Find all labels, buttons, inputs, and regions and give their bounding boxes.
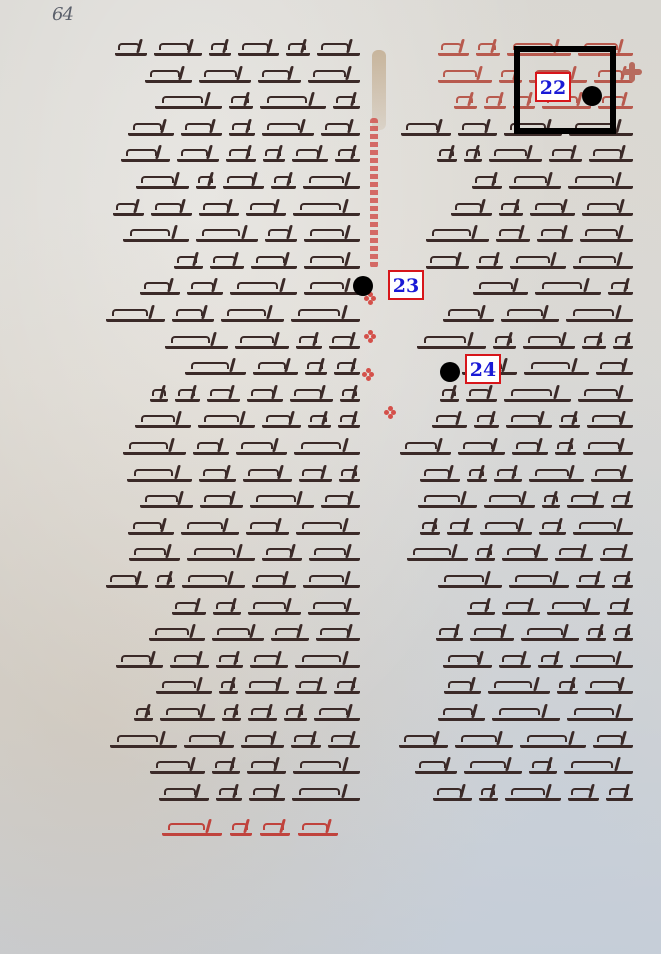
script-word (170, 656, 209, 668)
script-word (248, 709, 277, 721)
script-word (140, 283, 180, 295)
script-word (573, 523, 633, 535)
script-word (489, 150, 542, 162)
script-word (271, 629, 309, 641)
script-word (535, 283, 601, 295)
script-word (466, 390, 497, 402)
script-word (438, 576, 502, 588)
script-word (501, 310, 559, 322)
script-word (260, 97, 326, 109)
flower-ornament-icon (362, 368, 374, 380)
script-word (564, 762, 633, 774)
script-word (484, 496, 535, 508)
script-word (418, 496, 477, 508)
script-word (333, 97, 360, 109)
script-word (547, 603, 600, 615)
script-word (213, 603, 241, 615)
script-word (243, 470, 292, 482)
script-word (304, 230, 360, 242)
script-word (182, 576, 245, 588)
text-line (393, 416, 633, 428)
script-word (399, 736, 448, 748)
script-word (506, 416, 552, 428)
script-word (212, 762, 240, 774)
script-word (479, 789, 498, 801)
script-word (401, 124, 451, 136)
text-line (393, 363, 633, 375)
script-word (156, 682, 212, 694)
script-word (296, 337, 322, 349)
script-word (496, 230, 530, 242)
script-word (262, 416, 301, 428)
script-word (116, 656, 163, 668)
script-word (447, 523, 473, 535)
script-word (106, 576, 148, 588)
script-word (210, 257, 244, 269)
script-word (570, 656, 633, 668)
annotation-dot-22 (582, 86, 602, 106)
script-word (596, 363, 633, 375)
text-line (393, 603, 633, 615)
annotation-dot-24 (440, 362, 460, 382)
script-word (502, 549, 548, 561)
script-word (504, 390, 571, 402)
text-line (393, 549, 633, 561)
script-word (155, 97, 222, 109)
script-word (235, 337, 289, 349)
script-word (150, 762, 205, 774)
script-word (524, 363, 589, 375)
script-word (467, 470, 487, 482)
script-word (127, 470, 192, 482)
text-line (393, 523, 633, 535)
text-line (100, 124, 360, 136)
script-word (578, 390, 633, 402)
script-word (305, 363, 327, 375)
script-word (555, 549, 593, 561)
script-word (115, 44, 147, 56)
script-word (530, 204, 575, 216)
script-word (252, 576, 296, 588)
script-word (567, 709, 633, 721)
script-word (437, 150, 457, 162)
script-word (314, 709, 360, 721)
text-line (393, 257, 633, 269)
script-word (608, 283, 633, 295)
script-word (510, 257, 566, 269)
script-word (263, 150, 285, 162)
script-word (128, 523, 174, 535)
script-word (177, 150, 219, 162)
script-word (420, 470, 460, 482)
script-word (505, 789, 561, 801)
script-word (238, 44, 279, 56)
script-word (492, 709, 560, 721)
script-word (568, 177, 633, 189)
script-word (566, 310, 633, 322)
text-line (393, 283, 633, 295)
script-word (476, 44, 500, 56)
script-word (303, 576, 360, 588)
script-word (229, 124, 255, 136)
script-word (172, 603, 206, 615)
script-word (262, 549, 302, 561)
script-word (415, 762, 457, 774)
script-word (253, 363, 298, 375)
script-word (293, 762, 360, 774)
script-word (480, 523, 532, 535)
script-word (123, 443, 186, 455)
script-word (417, 337, 486, 349)
script-word (488, 682, 550, 694)
script-word (606, 789, 633, 801)
script-word (334, 363, 360, 375)
script-word (110, 736, 177, 748)
script-word (247, 762, 286, 774)
script-word (334, 682, 360, 694)
script-word (165, 337, 228, 349)
script-word (150, 390, 168, 402)
script-word (262, 124, 314, 136)
script-word (454, 97, 477, 109)
vertical-rubric-margin (370, 118, 378, 268)
script-word (184, 736, 234, 748)
text-line (100, 523, 360, 535)
text-line (100, 709, 360, 721)
text-line (100, 337, 360, 349)
script-word (420, 523, 440, 535)
flower-ornament-icon (364, 330, 376, 342)
text-line (100, 150, 360, 162)
script-word (426, 230, 489, 242)
text-line (393, 150, 633, 162)
script-word (309, 549, 360, 561)
script-word (432, 416, 467, 428)
script-word (199, 470, 236, 482)
script-word (521, 629, 579, 641)
cross-ornament-icon (622, 62, 642, 82)
script-word (557, 682, 578, 694)
script-word (455, 736, 513, 748)
script-word (613, 337, 633, 349)
text-line (100, 789, 360, 801)
script-word (328, 736, 360, 748)
text-line (393, 736, 633, 748)
script-word (467, 603, 495, 615)
text-line (100, 470, 360, 482)
script-word (473, 283, 528, 295)
text-line (393, 470, 633, 482)
text-line (393, 682, 633, 694)
script-word (509, 177, 561, 189)
script-word (249, 789, 285, 801)
script-word (502, 603, 540, 615)
script-word (591, 470, 633, 482)
script-word (474, 416, 499, 428)
script-word (236, 443, 287, 455)
script-word (216, 656, 243, 668)
script-word (499, 656, 531, 668)
script-word (559, 416, 580, 428)
text-line (100, 71, 360, 83)
script-word (549, 150, 582, 162)
folio-number: 64 (52, 4, 73, 25)
script-word (284, 709, 307, 721)
script-word (582, 204, 633, 216)
script-word (539, 523, 566, 535)
script-word (291, 310, 360, 322)
script-word (149, 629, 205, 641)
text-line (100, 682, 360, 694)
script-word (304, 257, 360, 269)
script-word (585, 682, 633, 694)
script-word (162, 824, 222, 836)
text-line (393, 443, 633, 455)
script-word (589, 150, 633, 162)
script-word (440, 390, 459, 402)
script-word (106, 310, 165, 322)
script-word (299, 470, 332, 482)
script-word (567, 496, 604, 508)
text-line (100, 177, 360, 189)
script-word (576, 576, 605, 588)
text-line (393, 177, 633, 189)
script-word (340, 390, 360, 402)
script-word (296, 523, 360, 535)
script-word (136, 177, 189, 189)
text-line (100, 310, 360, 322)
script-word (155, 576, 175, 588)
script-word (613, 629, 633, 641)
text-line (100, 204, 360, 216)
script-word (123, 230, 189, 242)
script-word (586, 629, 606, 641)
script-word (443, 310, 494, 322)
script-word (339, 470, 360, 482)
script-word (174, 257, 203, 269)
script-word (294, 443, 360, 455)
text-line (100, 762, 360, 774)
manuscript-page: 64 22 23 24 (0, 0, 661, 954)
script-word (583, 443, 633, 455)
text-line (100, 390, 360, 402)
annotation-dot-23 (353, 276, 373, 296)
script-word (338, 416, 360, 428)
script-word (580, 230, 633, 242)
script-word (198, 416, 255, 428)
script-word (134, 709, 153, 721)
script-word (221, 310, 284, 322)
text-line (393, 789, 633, 801)
script-word (494, 470, 522, 482)
text-line (393, 310, 633, 322)
script-word (587, 416, 633, 428)
script-word (316, 629, 360, 641)
text-line (100, 576, 360, 588)
script-word (181, 124, 222, 136)
script-word (241, 736, 284, 748)
script-word (476, 257, 503, 269)
script-word (555, 443, 576, 455)
script-word (212, 629, 264, 641)
annotation-label-23: 23 (388, 270, 424, 300)
script-word (250, 656, 288, 668)
script-word (175, 390, 200, 402)
script-word (472, 177, 502, 189)
text-line (100, 736, 360, 748)
text-line (100, 603, 360, 615)
script-word (271, 177, 296, 189)
script-word (187, 283, 223, 295)
script-word (248, 603, 301, 615)
text-line (393, 230, 633, 242)
script-word (512, 443, 548, 455)
flower-ornament-icon (384, 406, 396, 418)
text-line (100, 496, 360, 508)
script-word (611, 496, 633, 508)
text-line (100, 363, 360, 375)
script-word (538, 656, 563, 668)
script-word (286, 44, 310, 56)
text-line (100, 44, 360, 56)
script-word (245, 682, 289, 694)
script-word (407, 549, 468, 561)
script-word (529, 762, 557, 774)
script-word (290, 390, 333, 402)
annotation-label-24: 24 (465, 354, 501, 384)
script-word (438, 71, 492, 83)
script-word (295, 656, 360, 668)
script-word (199, 71, 251, 83)
script-word (443, 656, 492, 668)
script-word (121, 150, 170, 162)
script-word (335, 150, 360, 162)
script-word (246, 523, 289, 535)
script-word (317, 44, 360, 56)
script-word (493, 337, 516, 349)
script-word (145, 71, 192, 83)
script-word (308, 71, 360, 83)
script-word (181, 523, 239, 535)
script-word (593, 736, 633, 748)
script-word (329, 337, 360, 349)
script-word (207, 390, 240, 402)
text-line (393, 629, 633, 641)
script-word (542, 496, 560, 508)
script-word (303, 177, 360, 189)
text-line (100, 283, 360, 295)
text-line (393, 656, 633, 668)
script-word (230, 283, 297, 295)
script-word (193, 443, 229, 455)
script-word (292, 150, 328, 162)
script-word (151, 204, 192, 216)
script-word (258, 71, 301, 83)
text-line (100, 549, 360, 561)
script-word (426, 257, 469, 269)
script-word (400, 443, 451, 455)
script-word (523, 337, 575, 349)
script-word (185, 363, 246, 375)
script-word (159, 789, 209, 801)
script-word (292, 789, 360, 801)
script-word (444, 682, 481, 694)
script-word (458, 443, 505, 455)
script-word (607, 603, 633, 615)
script-word (520, 736, 586, 748)
script-word (260, 824, 290, 836)
script-word (433, 789, 472, 801)
text-line (100, 656, 360, 668)
script-word (172, 310, 214, 322)
script-word (230, 824, 252, 836)
script-word (196, 177, 216, 189)
script-word (209, 44, 231, 56)
script-word (475, 549, 495, 561)
script-word (568, 789, 599, 801)
script-word (509, 576, 569, 588)
text-line (393, 576, 633, 588)
script-word (582, 337, 606, 349)
script-word (200, 496, 243, 508)
script-word (458, 124, 497, 136)
script-word (308, 416, 331, 428)
script-word (321, 124, 360, 136)
script-word (247, 390, 283, 402)
script-word (529, 470, 584, 482)
script-word (222, 709, 241, 721)
script-word (484, 97, 506, 109)
script-word (223, 177, 264, 189)
script-word (154, 44, 202, 56)
text-line (393, 762, 633, 774)
text-line (100, 97, 360, 109)
colophon-rubric (148, 822, 338, 836)
script-word (600, 549, 633, 561)
text-line (100, 629, 360, 641)
script-word (291, 736, 321, 748)
script-word (438, 44, 469, 56)
script-word (229, 97, 253, 109)
script-word (265, 230, 297, 242)
script-word (304, 283, 360, 295)
script-word (113, 204, 144, 216)
text-line (100, 257, 360, 269)
script-word (160, 709, 215, 721)
script-word (128, 124, 174, 136)
script-word (537, 230, 573, 242)
script-word (436, 629, 463, 641)
script-word (246, 204, 286, 216)
text-line (393, 496, 633, 508)
script-word (298, 824, 338, 836)
script-word (293, 204, 360, 216)
script-word (216, 789, 242, 801)
script-word (219, 682, 238, 694)
script-word (499, 204, 523, 216)
script-word (135, 416, 191, 428)
script-word (199, 204, 239, 216)
script-word (129, 549, 180, 561)
text-line (100, 416, 360, 428)
text-line (100, 443, 360, 455)
script-word (464, 762, 522, 774)
script-word (470, 629, 514, 641)
script-word (464, 150, 482, 162)
script-word (308, 603, 360, 615)
script-word (251, 257, 297, 269)
script-word (296, 682, 327, 694)
